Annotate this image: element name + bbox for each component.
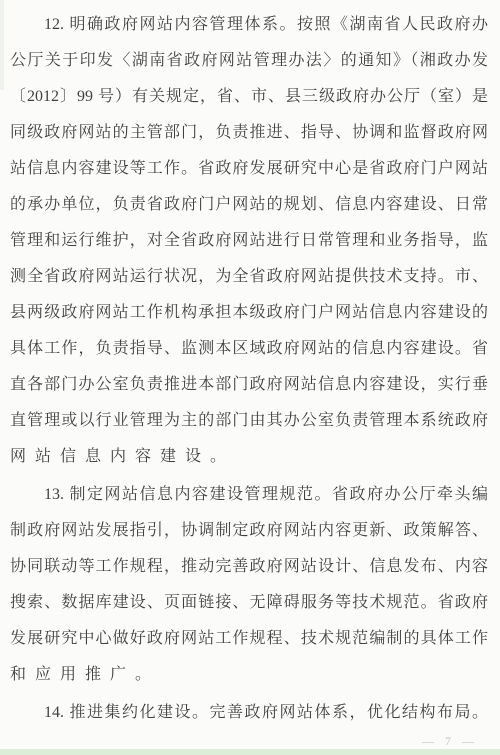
text-line: 13. 制定网站信息内容建设管理规范。省政府办公厅牵头编 [10,477,488,513]
text-line: 直各部门办公室负责推进本部门政府网站信息内容建设，实行垂 [10,367,488,403]
text-line: 14. 推进集约化建设。完善政府网站体系，优化结构布局。 [10,695,488,731]
scan-left-edge-shading [0,0,4,90]
page-number: — 7 — [422,734,478,749]
scanned-document-page: 12. 明确政府网站内容管理体系。按照《湖南省人民政府办公厅关于印发〈湖南省政府… [0,0,500,755]
text-line: 直管理或以行业管理为主的部门由其办公室负责管理本系统政府 [10,403,488,439]
text-line: 12. 明确政府网站内容管理体系。按照《湖南省人民政府办 [10,7,488,43]
text-line: 站信息内容建设等工作。省政府发展研究中心是省政府门户网站 [10,151,488,187]
document-body: 12. 明确政府网站内容管理体系。按照《湖南省人民政府办公厅关于印发〈湖南省政府… [10,7,488,731]
text-line: 公厅关于印发〈湖南省政府网站管理办法〉的通知》（湘政办发 [10,43,488,79]
paragraph: 12. 明确政府网站内容管理体系。按照《湖南省人民政府办公厅关于印发〈湖南省政府… [10,7,488,475]
text-line: 管理和运行维护，对全省政府网站进行日常管理和业务指导，监 [10,223,488,259]
text-line: 网站信息内容建设。 [10,439,488,475]
text-line: 和应用推广。 [10,657,488,693]
text-line: 县两级政府网站工作机构承担本级政府门户网站信息内容建设的 [10,295,488,331]
paragraph: 13. 制定网站信息内容建设管理规范。省政府办公厅牵头编制政府网站发展指引，协调… [10,477,488,693]
scan-bottom-edge-strip [0,749,500,755]
text-line: 〔2012〕99 号）有关规定，省、市、县三级政府办公厅（室）是 [10,79,488,115]
text-line: 的承办单位，负责省政府门户网站的规划、信息内容建设、日常 [10,187,488,223]
text-line: 具体工作，负责指导、监测本区域政府网站的信息内容建设。省 [10,331,488,367]
text-line: 发展研究中心做好政府网站工作规程、技术规范编制的具体工作 [10,621,488,657]
text-line: 协同联动等工作规程，推动完善政府网站设计、信息发布、内容 [10,549,488,585]
paragraph: 14. 推进集约化建设。完善政府网站体系，优化结构布局。 [10,695,488,731]
text-line: 搜索、数据库建设、页面链接、无障碍服务等技术规范。省政府 [10,585,488,621]
text-line: 制政府网站发展指引，协调制定政府网站内容更新、政策解答、 [10,513,488,549]
text-line: 测全省政府网站运行状况，为全省政府网站提供技术支持。市、 [10,259,488,295]
text-line: 同级政府网站的主管部门，负责推进、指导、协调和监督政府网 [10,115,488,151]
